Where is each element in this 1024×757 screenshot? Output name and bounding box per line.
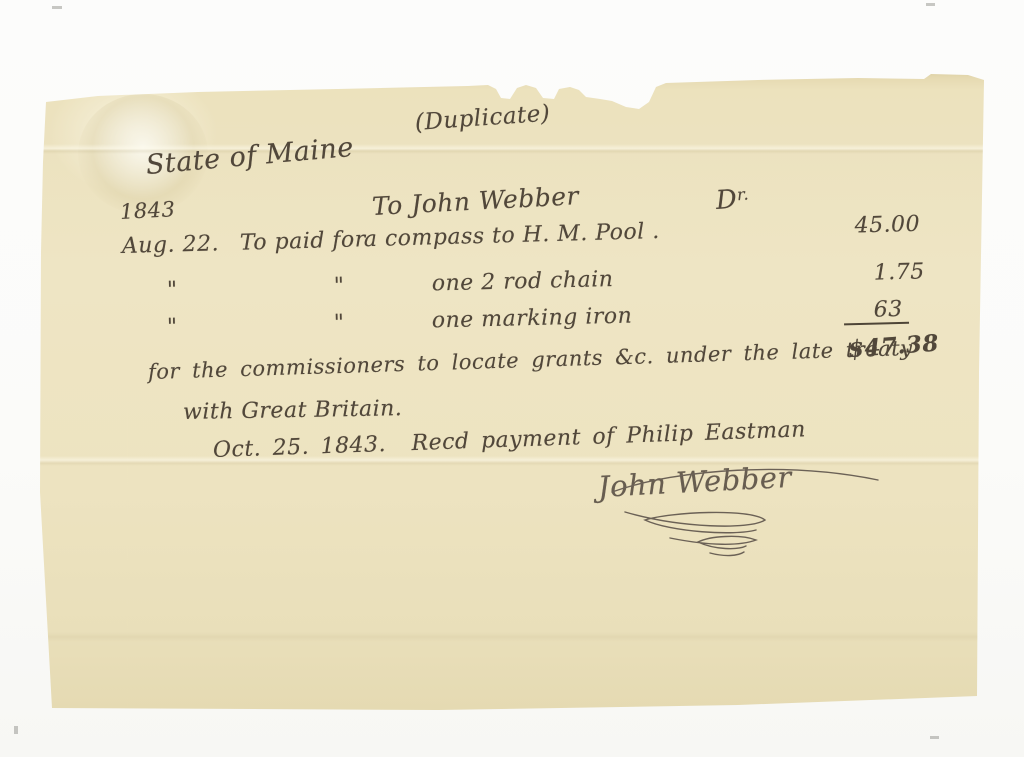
scanned-receipt-page: (Duplicate) State of Maine 1843 To John … (0, 0, 1024, 757)
entry-amount: 63 (843, 297, 909, 326)
debit-abbr-sup: r. (736, 184, 749, 204)
entry-description: one 2 rod chain (432, 267, 614, 296)
paper-crease (38, 632, 986, 642)
scanner-mark (930, 736, 939, 739)
entry-amount: 1.75 (873, 259, 925, 285)
debit-abbreviation: Dr. (715, 184, 750, 216)
debit-abbr-main: D (715, 185, 738, 216)
entry-description: one marking iron (432, 304, 633, 334)
ditto-mark: " (334, 311, 345, 336)
ditto-mark: " (334, 274, 345, 299)
scanner-mark (52, 6, 62, 9)
signature-flourish (560, 450, 900, 560)
note-line: with Great Britain. (183, 396, 403, 425)
entry-amount: 45.00 (854, 212, 920, 239)
scanner-mark (926, 3, 935, 6)
year-label: 1843 (119, 197, 176, 224)
ditto-mark: " (167, 278, 178, 303)
entry-prefix: To paid for (240, 227, 367, 256)
scanner-mark (14, 726, 18, 734)
ditto-mark: " (167, 315, 178, 340)
entry-date: Aug. 22. (122, 231, 220, 259)
